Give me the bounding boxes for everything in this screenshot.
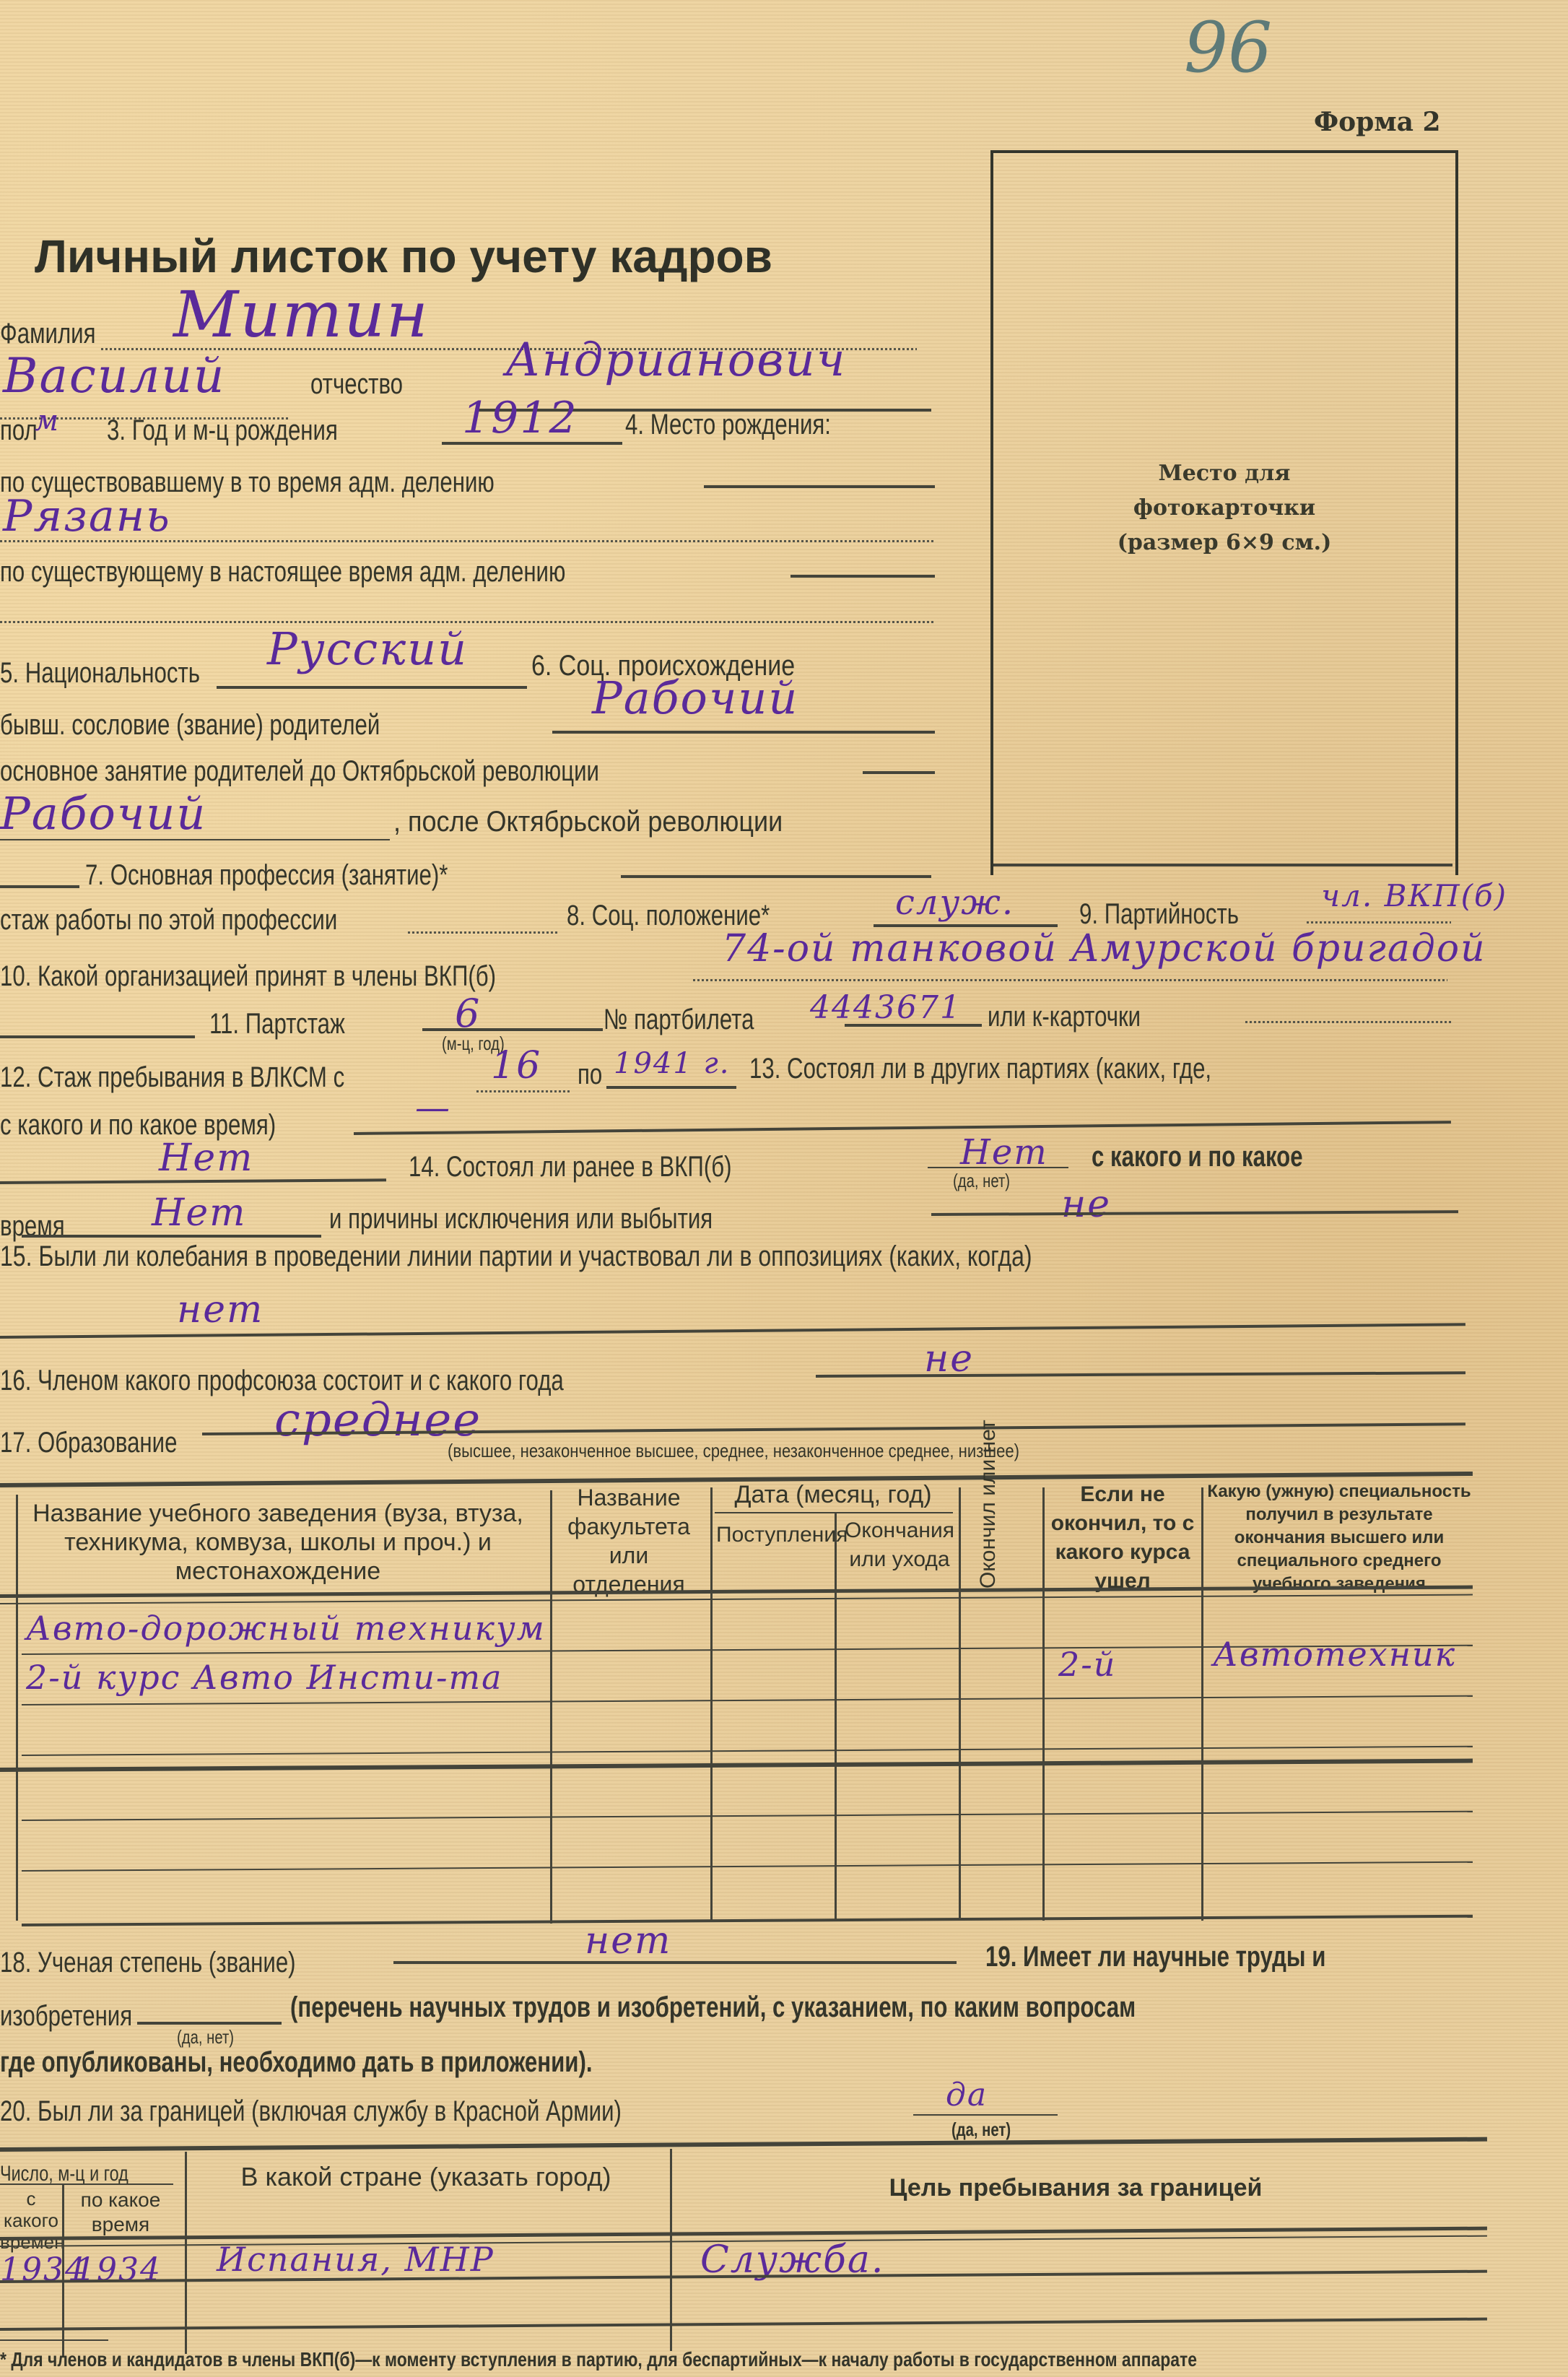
photo-caption-line2: фотокарточки xyxy=(993,491,1455,526)
party-org-line xyxy=(693,979,1447,981)
time-line xyxy=(22,1235,321,1238)
birth-year-line xyxy=(442,442,622,445)
patronymic-value[interactable]: Андрианович xyxy=(505,334,847,387)
edu-header-date-divider xyxy=(715,1512,953,1513)
works-line xyxy=(137,2022,282,2025)
parents-estate-line xyxy=(552,731,935,734)
nationality-label: 5. Национальность xyxy=(0,657,200,690)
abroad-header-to: по какое время xyxy=(81,2189,161,2235)
form-label: Форма 2 xyxy=(1314,107,1441,137)
party-tenure-pre-line xyxy=(0,1035,195,1038)
other-parties-line xyxy=(354,1121,1451,1135)
birth-place-old-line2 xyxy=(0,540,935,542)
party-org-label: 10. Какой организацией принят в члены ВК… xyxy=(0,960,496,993)
profession-pre-line xyxy=(0,885,79,888)
works-hint: (да, нет) xyxy=(177,2026,234,2048)
komsomol-to-label: по xyxy=(578,1059,602,1091)
exclusion-reason-label: и причины исключения или выбытия xyxy=(329,1203,713,1235)
birth-place-new-label: по существующему в настоящее время адм. … xyxy=(0,556,565,588)
footnote: * Для членов и кандидатов в члены ВКП(б)… xyxy=(0,2348,1197,2371)
party-card-value[interactable]: 4443671 xyxy=(810,989,962,1026)
profession-years-line xyxy=(408,931,559,934)
party-card-label: № партбилета xyxy=(604,1004,754,1036)
birth-place-new-line xyxy=(790,575,935,578)
birth-place-old-line xyxy=(704,485,935,488)
surname-label: Фамилия xyxy=(0,318,95,350)
works-label: 19. Имеет ли научные труды и xyxy=(985,1941,1325,1973)
edu-header-specialty: Какую (ужную) специальность получил в ре… xyxy=(1207,1482,1471,1594)
degree-value[interactable]: нет xyxy=(585,1919,671,1963)
party-line xyxy=(1307,921,1451,924)
exclusion-reason-line xyxy=(931,1210,1458,1216)
parents-occupation-line2 xyxy=(0,839,390,840)
other-parties-label: 13. Состоял ли в других партиях (каких, … xyxy=(749,1053,1211,1085)
education-label: 17. Образование xyxy=(0,1427,177,1459)
party-value[interactable]: чл. ВКП(б) xyxy=(1321,878,1507,913)
edu-row-2-institution[interactable]: 2-й курс Авто Инсти-та xyxy=(26,1658,503,1697)
abroad-row-1-country[interactable]: Испания, МНР xyxy=(217,2240,495,2279)
komsomol-from-line xyxy=(476,1090,570,1092)
exclusion-reason-value[interactable]: не xyxy=(1061,1183,1111,1226)
nationality-value[interactable]: Русский xyxy=(267,622,468,675)
parents-occupation-before-value[interactable]: Рабочий xyxy=(0,787,206,840)
parents-estate-label: бывш. сословие (звание) родителей xyxy=(0,709,380,742)
works-label2: изобретения xyxy=(0,2000,132,2033)
sex-label: пол xyxy=(0,414,38,447)
abroad-value[interactable]: да xyxy=(946,2077,988,2113)
komsomol-from-value[interactable]: 16 xyxy=(491,1044,541,1087)
previously-vkp-label: 14. Состоял ли ранее в ВКП(б) xyxy=(409,1151,732,1183)
photo-bottom-line xyxy=(993,864,1452,866)
profession-label: 7. Основная профессия (занятие)* xyxy=(85,859,448,892)
party-tenure-label: 11. Партстаж xyxy=(209,1008,345,1040)
nationality-line xyxy=(217,686,527,689)
previously-vkp-hint: (да, нет) xyxy=(953,1170,1010,1192)
profession-line xyxy=(621,875,931,878)
edu-header-faculty: Название факультета или отделения xyxy=(567,1485,690,1597)
abroad-label: 20. Был ли за границей (включая службу в… xyxy=(0,2095,622,2128)
party-org-value[interactable]: 74-ой танковой Амурской бригадой xyxy=(722,927,1486,970)
page-title: Личный листок по учету кадров xyxy=(35,230,772,283)
birth-place-old-value[interactable]: Рязань xyxy=(3,491,171,542)
abroad-hint: (да, нет) xyxy=(951,2119,1011,2141)
works-note2: где опубликованы, необходимо дать в прил… xyxy=(0,2046,593,2079)
birth-year-label: 3. Год и м-ц рождения xyxy=(107,414,338,447)
abroad-header-from: с какого времени xyxy=(0,2188,62,2253)
candidate-card-label: или к-карточки xyxy=(988,1001,1141,1033)
education-value[interactable]: среднее xyxy=(274,1394,482,1447)
parents-occupation-after-label: , после Октябрьской революции xyxy=(393,806,783,838)
birth-year-value[interactable]: 1912 xyxy=(462,393,578,443)
time-label: время xyxy=(0,1210,65,1243)
works-note: (перечень научных трудов и изобретений, … xyxy=(290,1991,1136,2024)
party-tenure-line xyxy=(422,1028,603,1031)
other-parties-value[interactable]: Нет xyxy=(159,1137,253,1180)
previously-vkp-label2: с какого и по какое xyxy=(1092,1141,1303,1173)
parents-occupation-before-label: основное занятие родителей до Октябрьско… xyxy=(0,755,599,788)
edu-row-2-year-left[interactable]: 2-й xyxy=(1058,1645,1116,1684)
candidate-card-line xyxy=(1245,1021,1451,1023)
edu-header-finished: Окончания или ухода xyxy=(845,1518,954,1571)
party-card-line xyxy=(845,1024,982,1027)
trade-union-line xyxy=(816,1371,1465,1378)
abroad-header-country: В какой стране (указать город) xyxy=(240,2162,611,2191)
edu-header-institution: Название учебного заведения (вуза, втуза… xyxy=(32,1500,523,1585)
abroad-line xyxy=(913,2114,1058,2116)
other-parties-dash[interactable]: — xyxy=(415,1087,451,1128)
parents-occupation-before-line xyxy=(863,771,935,774)
photo-caption-line3: (размер 6×9 см.) xyxy=(993,526,1455,560)
abroad-header-date-group: Число, м-ц и год xyxy=(0,2162,129,2186)
party-label: 9. Партийность xyxy=(1079,898,1239,931)
edu-header-year-left: Если не окончил, то с какого курса ушел xyxy=(1051,1482,1195,1593)
edu-row-2-specialty[interactable]: Автотехник xyxy=(1213,1635,1456,1674)
patronymic-label: отчество xyxy=(310,368,403,401)
opposition-label: 15. Были ли колебания в проведении линии… xyxy=(0,1240,1032,1273)
time-value[interactable]: Нет xyxy=(152,1191,246,1235)
education-hint: (высшее, незаконченное высшее, среднее, … xyxy=(448,1440,1019,1462)
komsomol-to-line xyxy=(606,1086,736,1089)
surname-value[interactable]: Митин xyxy=(173,277,430,352)
social-status-value[interactable]: служ. xyxy=(895,882,1014,923)
trade-union-label: 16. Членом какого профсоюза состоит и с … xyxy=(0,1365,564,1397)
degree-label: 18. Ученая степень (звание) xyxy=(0,1947,296,1979)
other-parties-line2 xyxy=(0,1178,386,1184)
edu-row-1-institution[interactable]: Авто-дорожный техникум xyxy=(26,1609,546,1648)
previously-vkp-line xyxy=(928,1167,1068,1168)
birth-place-label: 4. Место рождения: xyxy=(625,409,831,441)
abroad-row-1-to[interactable]: 1934 xyxy=(75,2251,162,2288)
parents-estate-value[interactable]: Рабочий xyxy=(592,672,798,724)
edu-header-date-group: Дата (месяц, год) xyxy=(734,1481,931,1508)
edu-header-enrolled: Поступления xyxy=(716,1523,848,1547)
abroad-header-purpose: Цель пребывания за границей xyxy=(889,2174,1263,2202)
photo-placeholder: Место для фотокарточки (размер 6×9 см.) xyxy=(990,150,1458,875)
sex-value[interactable]: м xyxy=(35,404,60,438)
page-number: 96 xyxy=(1184,7,1272,88)
degree-line xyxy=(393,1961,957,1964)
edu-header-completed: Окончил или нет xyxy=(976,1420,1000,1589)
komsomol-label: 12. Стаж пребывания в ВЛКСМ с xyxy=(0,1061,344,1094)
opposition-value[interactable]: нет xyxy=(177,1288,263,1331)
profession-years-label: стаж работы по этой профессии xyxy=(0,904,337,937)
photo-caption-line1: Место для xyxy=(993,456,1455,491)
komsomol-to-value[interactable]: 1941 г. xyxy=(614,1047,730,1080)
name-value[interactable]: Василий xyxy=(3,348,225,404)
